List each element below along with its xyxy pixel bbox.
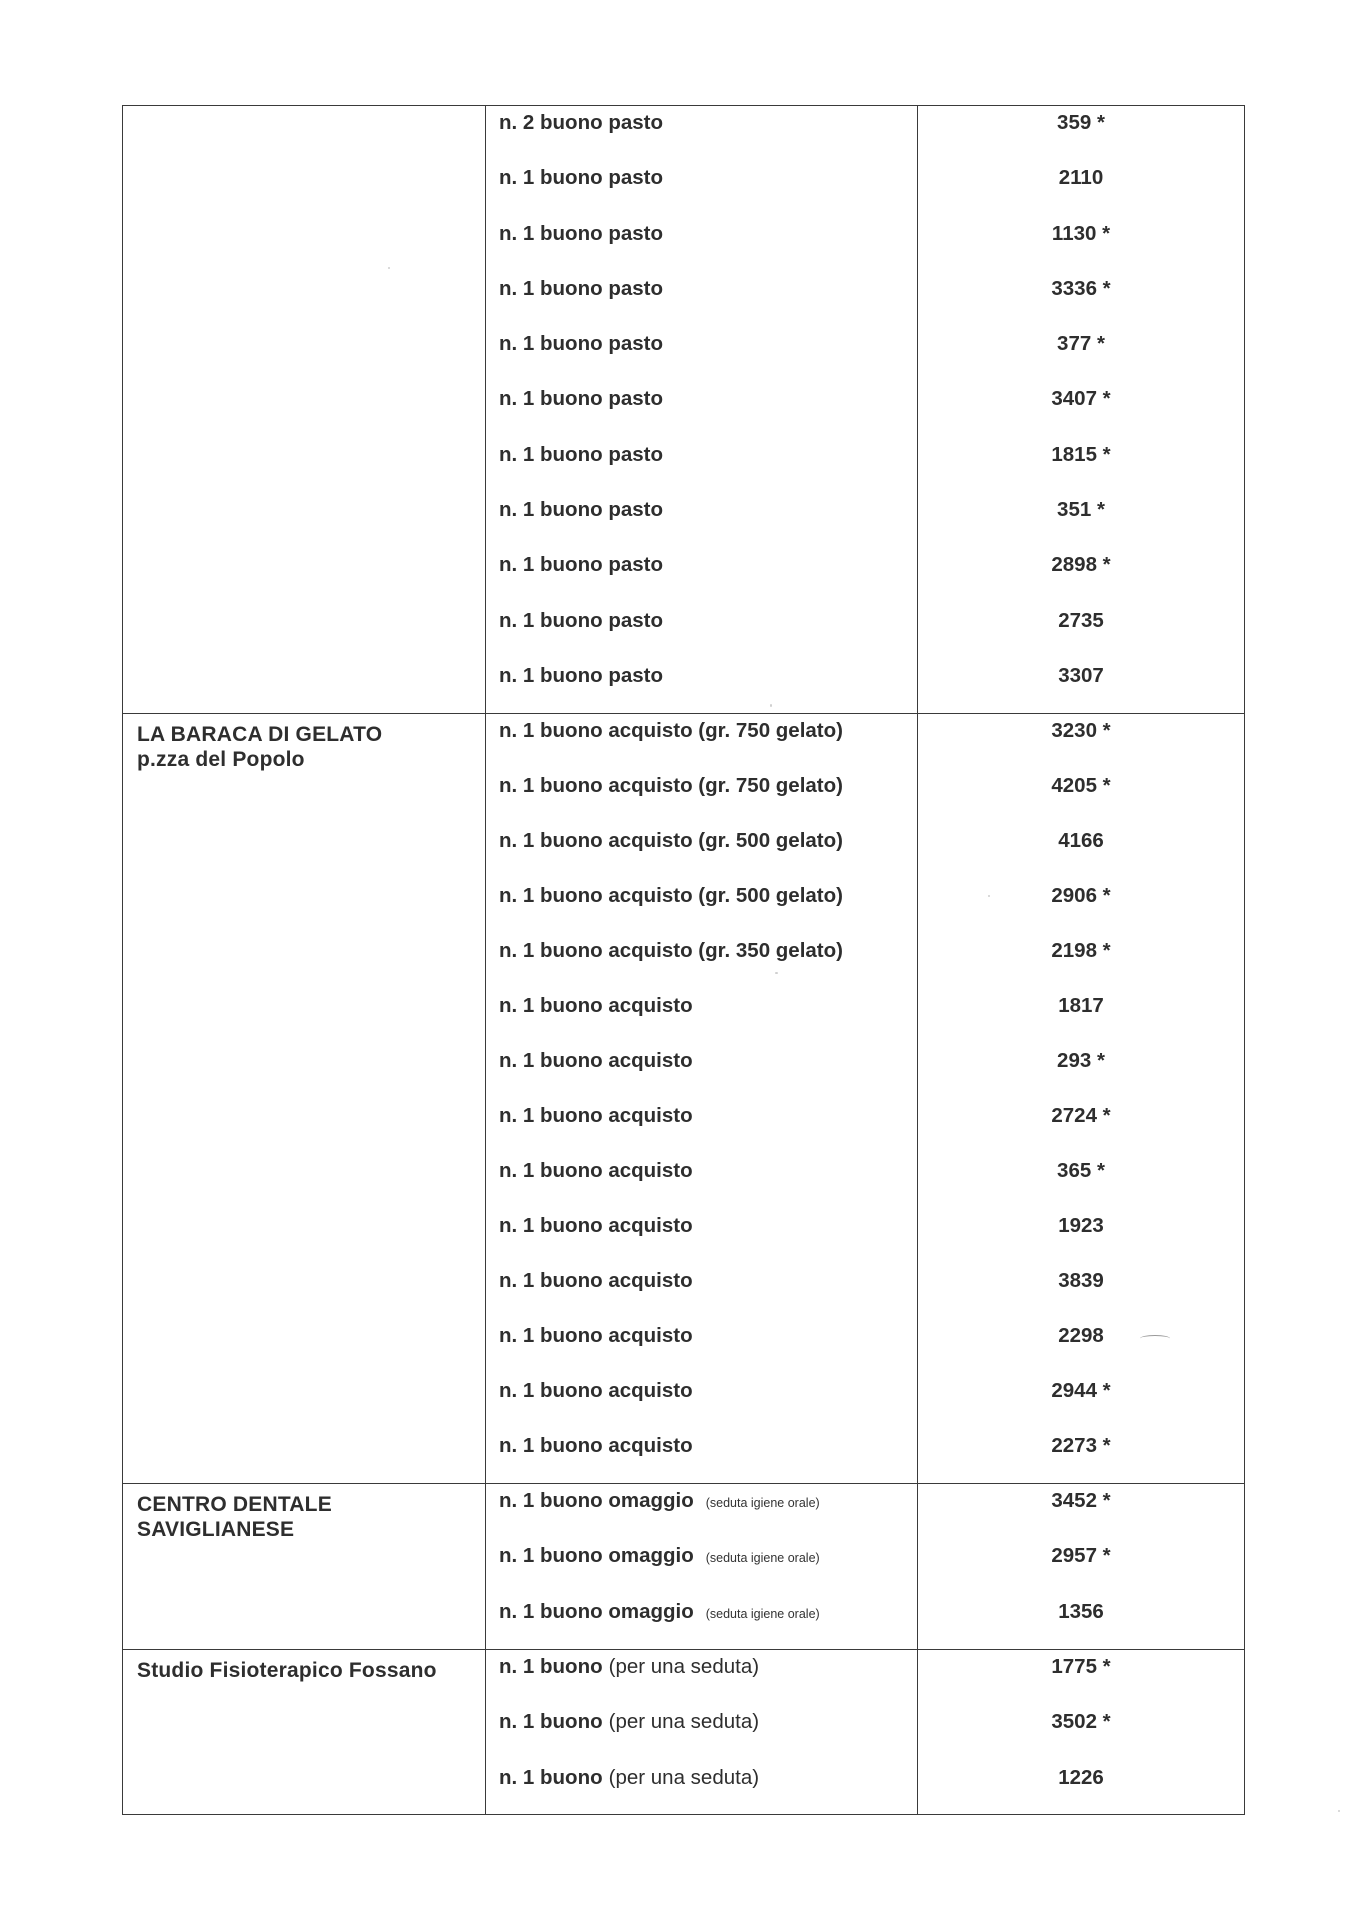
- voucher-description: n. 1 buono(per una seduta): [499, 1709, 759, 1735]
- table-row: n. 1 buono acquisto1923: [485, 1208, 1245, 1263]
- voucher-description: n. 1 buono pasto: [499, 221, 663, 247]
- voucher-number: 3502 *: [917, 1709, 1245, 1735]
- voucher-item: n. 1 buono: [499, 1655, 603, 1678]
- table-row: n. 1 buono(per una seduta)3502 *: [485, 1704, 1245, 1759]
- table-row: n. 1 buono pasto3307: [485, 658, 1245, 713]
- voucher-item: n. 1 buono pasto: [499, 387, 663, 410]
- voucher-number: 3452 *: [917, 1488, 1245, 1514]
- voucher-number: 365 *: [917, 1158, 1245, 1184]
- voucher-number: 2906 *: [917, 883, 1245, 909]
- voucher-number: 1775 *: [917, 1654, 1245, 1680]
- vendor-line-1: LA BARACA DI GELATO: [137, 722, 477, 747]
- voucher-item: n. 1 buono acquisto: [499, 994, 693, 1017]
- table-row: n. 1 buono omaggio(seduta igiene orale)3…: [485, 1483, 1245, 1538]
- voucher-number: 1923: [917, 1213, 1245, 1239]
- table-row: n. 1 buono acquisto2298: [485, 1318, 1245, 1373]
- table-row: n. 1 buono pasto1815 *: [485, 437, 1245, 492]
- voucher-note: (per una seduta): [609, 1655, 759, 1678]
- voucher-description: n. 1 buono acquisto: [499, 1213, 693, 1239]
- voucher-rows: n. 1 buono omaggio(seduta igiene orale)3…: [485, 1483, 1245, 1649]
- voucher-description: n. 1 buono acquisto (gr. 350 gelato): [499, 938, 843, 964]
- table-row: n. 1 buono(per una seduta)1226: [485, 1760, 1245, 1815]
- voucher-number: 1130 *: [917, 221, 1245, 247]
- voucher-number: 351 *: [917, 497, 1245, 523]
- table-row: n. 1 buono acquisto (gr. 500 gelato)4166: [485, 823, 1245, 878]
- voucher-description: n. 1 buono pasto: [499, 165, 663, 191]
- voucher-description: n. 1 buono pasto: [499, 663, 663, 689]
- voucher-description: n. 1 buono acquisto: [499, 1158, 693, 1184]
- voucher-description: n. 1 buono pasto: [499, 331, 663, 357]
- voucher-item: n. 1 buono pasto: [499, 498, 663, 521]
- voucher-item: n. 1 buono: [499, 1710, 603, 1733]
- voucher-description: n. 1 buono omaggio(seduta igiene orale): [499, 1599, 820, 1627]
- table-row: n. 1 buono pasto2898 *: [485, 547, 1245, 602]
- voucher-note: (per una seduta): [609, 1766, 759, 1789]
- vendor-line-2: p.zza del Popolo: [137, 747, 477, 772]
- voucher-item: n. 1 buono pasto: [499, 332, 663, 355]
- section-studio-fisioterapico: Studio Fisioterapico Fossano n. 1 buono(…: [122, 1649, 1245, 1815]
- voucher-number: 2898 *: [917, 552, 1245, 578]
- voucher-number: 359 *: [917, 110, 1245, 136]
- voucher-number: 2110: [917, 165, 1245, 191]
- voucher-item: n. 1 buono acquisto: [499, 1434, 693, 1457]
- voucher-number: 1356: [917, 1599, 1245, 1625]
- voucher-item: n. 1 buono acquisto: [499, 1104, 693, 1127]
- scan-speck: [388, 267, 390, 269]
- voucher-item: n. 1 buono acquisto (gr. 750 gelato): [499, 719, 843, 742]
- voucher-description: n. 1 buono pasto: [499, 442, 663, 468]
- voucher-description: n. 1 buono pasto: [499, 386, 663, 412]
- table-row: n. 1 buono pasto3407 *: [485, 381, 1245, 436]
- table-row: n. 1 buono acquisto (gr. 750 gelato)3230…: [485, 713, 1245, 768]
- voucher-description: n. 1 buono acquisto (gr. 750 gelato): [499, 718, 843, 744]
- table-row: n. 1 buono pasto2110: [485, 160, 1245, 215]
- voucher-item: n. 1 buono pasto: [499, 553, 663, 576]
- voucher-description: n. 1 buono acquisto (gr. 750 gelato): [499, 773, 843, 799]
- voucher-description: n. 1 buono acquisto (gr. 500 gelato): [499, 883, 843, 909]
- table-row: n. 1 buono acquisto3839: [485, 1263, 1245, 1318]
- scan-mark: [1140, 1335, 1170, 1342]
- voucher-description: n. 1 buono omaggio(seduta igiene orale): [499, 1488, 820, 1516]
- scan-speck: [775, 972, 778, 974]
- voucher-item: n. 1 buono acquisto (gr. 350 gelato): [499, 939, 843, 962]
- voucher-item: n. 1 buono pasto: [499, 166, 663, 189]
- voucher-note: (seduta igiene orale): [706, 1496, 820, 1510]
- table-row: n. 1 buono acquisto (gr. 350 gelato)2198…: [485, 933, 1245, 988]
- table-row: n. 1 buono acquisto2273 *: [485, 1428, 1245, 1483]
- scan-speck: [988, 895, 990, 897]
- table-row: n. 1 buono acquisto365 *: [485, 1153, 1245, 1208]
- voucher-number: 2298: [917, 1323, 1245, 1349]
- voucher-description: n. 1 buono acquisto: [499, 993, 693, 1019]
- voucher-item: n. 1 buono omaggio: [499, 1600, 694, 1623]
- voucher-description: n. 1 buono acquisto: [499, 1103, 693, 1129]
- vendor-line-1: CENTRO DENTALE: [137, 1492, 477, 1517]
- voucher-description: n. 1 buono pasto: [499, 497, 663, 523]
- voucher-number: 4166: [917, 828, 1245, 854]
- table-row: n. 1 buono pasto1130 *: [485, 216, 1245, 271]
- voucher-item: n. 1 buono acquisto (gr. 500 gelato): [499, 884, 843, 907]
- voucher-note: (per una seduta): [609, 1710, 759, 1733]
- voucher-number: 293 *: [917, 1048, 1245, 1074]
- voucher-item: n. 1 buono omaggio: [499, 1489, 694, 1512]
- table-row: n. 1 buono acquisto2724 *: [485, 1098, 1245, 1153]
- voucher-number: 1817: [917, 993, 1245, 1019]
- voucher-item: n. 1 buono acquisto: [499, 1379, 693, 1402]
- voucher-item: n. 2 buono pasto: [499, 111, 663, 134]
- voucher-item: n. 1 buono: [499, 1766, 603, 1789]
- section-centro-dentale: CENTRO DENTALE SAVIGLIANESE n. 1 buono o…: [122, 1483, 1245, 1649]
- voucher-item: n. 1 buono acquisto (gr. 500 gelato): [499, 829, 843, 852]
- voucher-description: n. 1 buono acquisto: [499, 1048, 693, 1074]
- scan-speck: [770, 704, 772, 707]
- table-row: n. 1 buono acquisto (gr. 500 gelato)2906…: [485, 878, 1245, 933]
- voucher-number: 3307: [917, 663, 1245, 689]
- table-row: n. 1 buono acquisto2944 *: [485, 1373, 1245, 1428]
- table-row: n. 1 buono pasto377 *: [485, 326, 1245, 381]
- voucher-description: n. 1 buono pasto: [499, 276, 663, 302]
- voucher-description: n. 1 buono pasto: [499, 608, 663, 634]
- table-row: n. 1 buono acquisto293 *: [485, 1043, 1245, 1098]
- table-row: n. 1 buono pasto3336 *: [485, 271, 1245, 326]
- section-la-baraca-di-gelato: LA BARACA DI GELATO p.zza del Popolo n. …: [122, 713, 1245, 1483]
- voucher-item: n. 1 buono omaggio: [499, 1544, 694, 1567]
- voucher-item: n. 1 buono pasto: [499, 664, 663, 687]
- voucher-description: n. 1 buono acquisto: [499, 1323, 693, 1349]
- voucher-number: 3839: [917, 1268, 1245, 1294]
- voucher-item: n. 1 buono pasto: [499, 609, 663, 632]
- voucher-description: n. 1 buono acquisto (gr. 500 gelato): [499, 828, 843, 854]
- voucher-item: n. 1 buono pasto: [499, 443, 663, 466]
- voucher-note: (seduta igiene orale): [706, 1607, 820, 1621]
- table-row: n. 1 buono pasto351 *: [485, 492, 1245, 547]
- vendor-line-1: Studio Fisioterapico Fossano: [137, 1658, 477, 1683]
- table-row: n. 1 buono omaggio(seduta igiene orale)1…: [485, 1594, 1245, 1649]
- section-meal-vouchers: n. 2 buono pasto359 *n. 1 buono pasto211…: [122, 105, 1245, 713]
- voucher-number: 3336 *: [917, 276, 1245, 302]
- voucher-rows: n. 1 buono acquisto (gr. 750 gelato)3230…: [485, 713, 1245, 1483]
- voucher-item: n. 1 buono acquisto: [499, 1324, 693, 1347]
- voucher-description: n. 1 buono(per una seduta): [499, 1654, 759, 1680]
- table-row: n. 1 buono acquisto (gr. 750 gelato)4205…: [485, 768, 1245, 823]
- voucher-number: 2944 *: [917, 1378, 1245, 1404]
- vendor-line-2: SAVIGLIANESE: [137, 1517, 477, 1542]
- voucher-description: n. 1 buono acquisto: [499, 1433, 693, 1459]
- voucher-number: 2273 *: [917, 1433, 1245, 1459]
- voucher-description: n. 1 buono acquisto: [499, 1378, 693, 1404]
- voucher-rows: n. 1 buono(per una seduta)1775 *n. 1 buo…: [485, 1649, 1245, 1815]
- voucher-item: n. 1 buono pasto: [499, 277, 663, 300]
- voucher-number: 2735: [917, 608, 1245, 634]
- table-row: n. 2 buono pasto359 *: [485, 105, 1245, 160]
- scan-speck: [1338, 1810, 1340, 1812]
- voucher-description: n. 2 buono pasto: [499, 110, 663, 136]
- voucher-item: n. 1 buono pasto: [499, 222, 663, 245]
- voucher-note: (seduta igiene orale): [706, 1551, 820, 1565]
- voucher-item: n. 1 buono acquisto: [499, 1159, 693, 1182]
- vendor-name: Studio Fisioterapico Fossano: [137, 1658, 477, 1683]
- voucher-number: 1815 *: [917, 442, 1245, 468]
- table-row: n. 1 buono(per una seduta)1775 *: [485, 1649, 1245, 1704]
- voucher-item: n. 1 buono acquisto: [499, 1049, 693, 1072]
- table-row: n. 1 buono acquisto1817: [485, 988, 1245, 1043]
- voucher-description: n. 1 buono acquisto: [499, 1268, 693, 1294]
- voucher-description: n. 1 buono(per una seduta): [499, 1765, 759, 1791]
- voucher-item: n. 1 buono acquisto: [499, 1214, 693, 1237]
- table-row: n. 1 buono omaggio(seduta igiene orale)2…: [485, 1538, 1245, 1593]
- vendor-name: LA BARACA DI GELATO p.zza del Popolo: [137, 722, 477, 772]
- voucher-number: 2724 *: [917, 1103, 1245, 1129]
- voucher-number: 1226: [917, 1765, 1245, 1791]
- voucher-description: n. 1 buono pasto: [499, 552, 663, 578]
- voucher-number: 4205 *: [917, 773, 1245, 799]
- voucher-number: 3407 *: [917, 386, 1245, 412]
- voucher-item: n. 1 buono acquisto: [499, 1269, 693, 1292]
- vendor-name: CENTRO DENTALE SAVIGLIANESE: [137, 1492, 477, 1542]
- voucher-number: 377 *: [917, 331, 1245, 357]
- voucher-description: n. 1 buono omaggio(seduta igiene orale): [499, 1543, 820, 1571]
- voucher-number: 3230 *: [917, 718, 1245, 744]
- scanned-page: n. 2 buono pasto359 *n. 1 buono pasto211…: [0, 0, 1358, 1920]
- voucher-number: 2198 *: [917, 938, 1245, 964]
- voucher-rows: n. 2 buono pasto359 *n. 1 buono pasto211…: [485, 105, 1245, 713]
- voucher-number: 2957 *: [917, 1543, 1245, 1569]
- voucher-item: n. 1 buono acquisto (gr. 750 gelato): [499, 774, 843, 797]
- table-row: n. 1 buono pasto2735: [485, 603, 1245, 658]
